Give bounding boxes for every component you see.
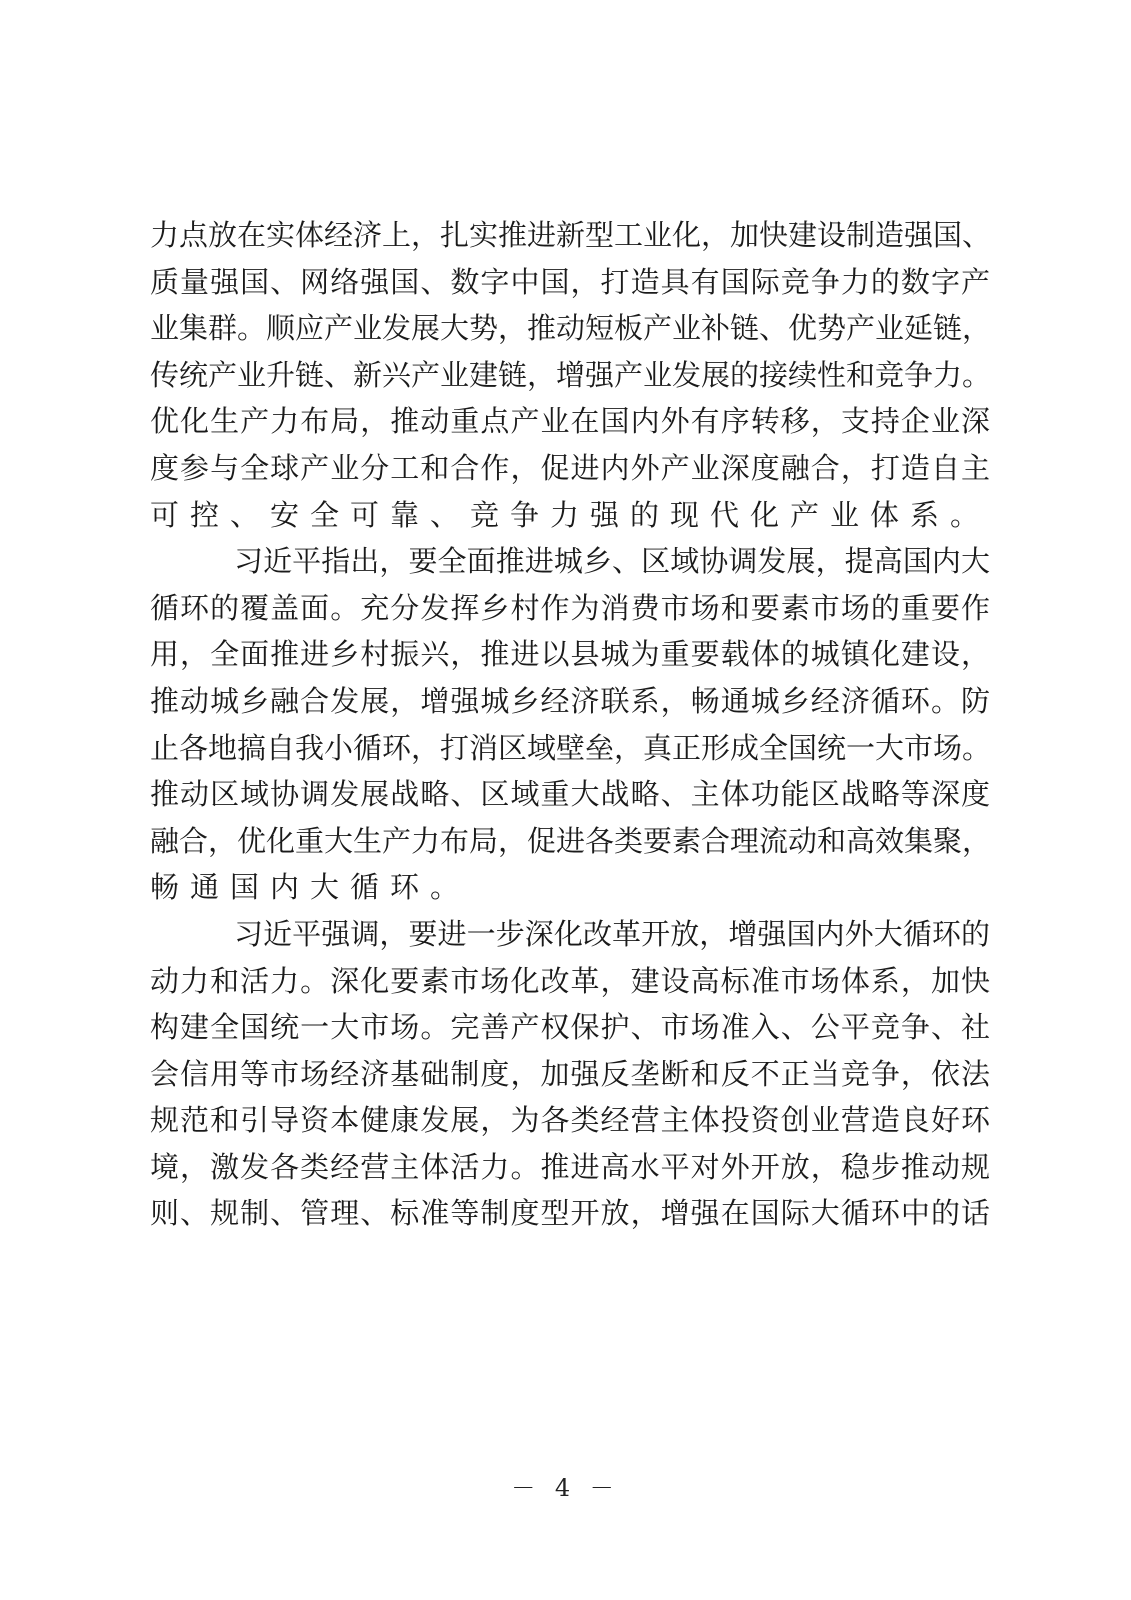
text-line: 业集群。顺应产业发展大势，推动短板产业补链、优势产业延链， [150, 305, 990, 352]
paragraph-3: 习近平强调，要进一步深化改革开放，增强国内外大循环的 动力和活力。深化要素市场化… [150, 911, 990, 1237]
text-line: 优化生产力布局，推动重点产业在国内外有序转移，支持企业深 [150, 398, 990, 445]
text-line: 推动区域协调发展战略、区域重大战略、主体功能区战略等深度 [150, 771, 990, 818]
text-line: 习近平指出，要全面推进城乡、区域协调发展，提高国内大 [150, 538, 990, 585]
text-line: 力点放在实体经济上，扎实推进新型工业化，加快建设制造强国、 [150, 212, 990, 259]
text-line: 构建全国统一大市场。完善产权保护、市场准入、公平竞争、社 [150, 1004, 990, 1051]
paragraph-2: 习近平指出，要全面推进城乡、区域协调发展，提高国内大 循环的覆盖面。充分发挥乡村… [150, 538, 990, 911]
page-number: － 4 － [0, 1468, 1131, 1503]
text-line: 用，全面推进乡村振兴，推进以县城为重要载体的城镇化建设， [150, 631, 990, 678]
document-page: 力点放在实体经济上，扎实推进新型工业化，加快建设制造强国、 质量强国、网络强国、… [0, 0, 1131, 1600]
text-line: 规范和引导资本健康发展，为各类经营主体投资创业营造良好环 [150, 1097, 990, 1144]
text-line: 循环的覆盖面。充分发挥乡村作为消费市场和要素市场的重要作 [150, 585, 990, 632]
document-body: 力点放在实体经济上，扎实推进新型工业化，加快建设制造强国、 质量强国、网络强国、… [150, 212, 990, 1237]
paragraph-1: 力点放在实体经济上，扎实推进新型工业化，加快建设制造强国、 质量强国、网络强国、… [150, 212, 990, 538]
text-line: 则、规制、管理、标准等制度型开放，增强在国际大循环中的话 [150, 1190, 990, 1237]
text-line: 止各地搞自我小循环，打消区域壁垒，真正形成全国统一大市场。 [150, 725, 990, 772]
text-line: 推动城乡融合发展，增强城乡经济联系，畅通城乡经济循环。防 [150, 678, 990, 725]
text-line: 融合，优化重大生产力布局，促进各类要素合理流动和高效集聚， [150, 818, 990, 865]
text-line: 会信用等市场经济基础制度，加强反垄断和反不正当竞争，依法 [150, 1051, 990, 1098]
text-line: 畅通国内大循环。 [150, 864, 990, 911]
text-line: 传统产业升链、新兴产业建链，增强产业发展的接续性和竞争力。 [150, 352, 990, 399]
text-line: 动力和活力。深化要素市场化改革，建设高标准市场体系，加快 [150, 958, 990, 1005]
text-line: 度参与全球产业分工和合作，促进内外产业深度融合，打造自主 [150, 445, 990, 492]
text-line: 质量强国、网络强国、数字中国，打造具有国际竞争力的数字产 [150, 259, 990, 306]
text-line: 习近平强调，要进一步深化改革开放，增强国内外大循环的 [150, 911, 990, 958]
text-line: 可控、安全可靠、竞争力强的现代化产业体系。 [150, 492, 990, 539]
text-line: 境，激发各类经营主体活力。推进高水平对外开放，稳步推动规 [150, 1144, 990, 1191]
